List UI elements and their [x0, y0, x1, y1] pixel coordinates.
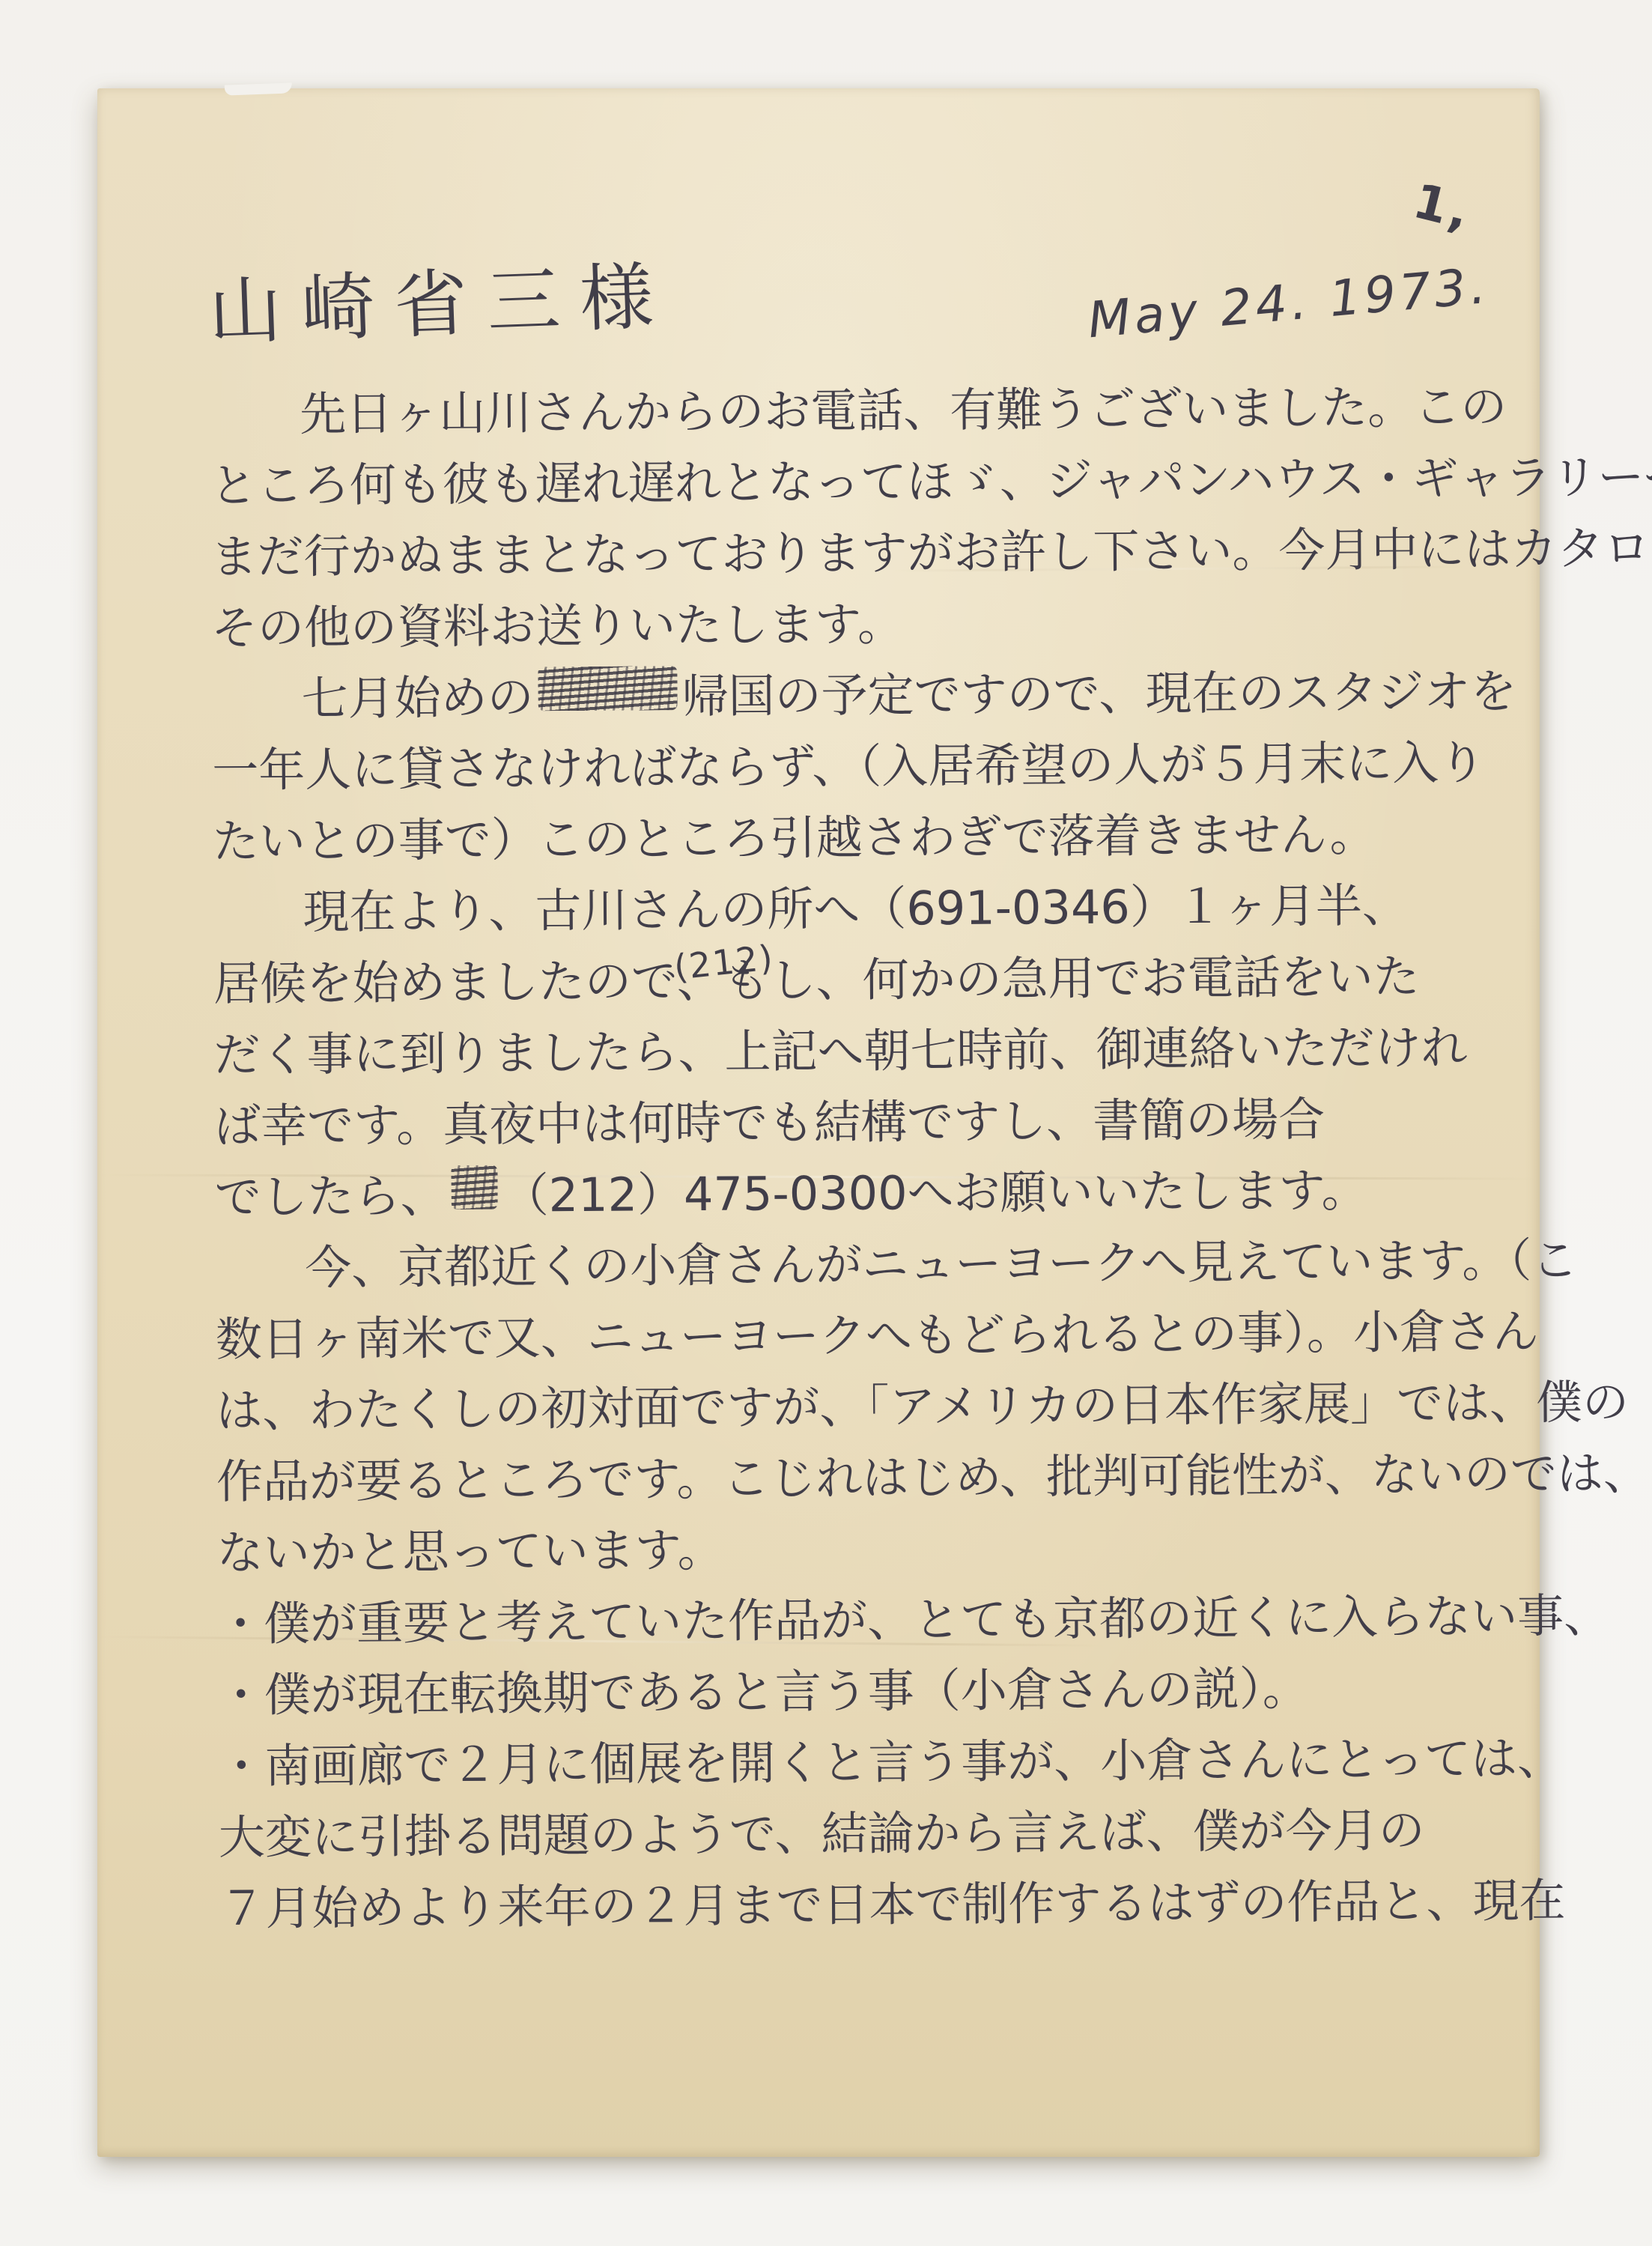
recipient-name: 山崎省三様 — [207, 237, 675, 359]
letter-line: だく事に到りましたら、上記へ朝七時前、御連絡いただけれ — [213, 1011, 1532, 1090]
letter-line: ・僕が重要と考えていた作品が、とても京都の近くに入らない事、 — [217, 1580, 1536, 1660]
handwritten-text-segment: 今、京都近くの小倉さんがニューヨークへ見えています。（こ — [305, 1233, 1578, 1295]
handwritten-text-segment: ば幸です。真夜中は何時でも結構ですし、書簡の場合 — [214, 1092, 1325, 1153]
letter-line: ないかと思っています。 — [216, 1509, 1535, 1588]
letter-line: まだ行かぬままとなっておりますがお許し下さい。今月中にはカタログ — [210, 513, 1529, 592]
handwritten-text-segment: ・僕が現在転換期であると言う事（小倉さんの説）。 — [218, 1661, 1309, 1723]
letter-body: 先日ヶ山川さんからのお電話、有難うございました。このところ何も彼も遅れ遅れとなっ… — [210, 371, 1537, 1944]
scribbled-out-text — [451, 1165, 497, 1209]
letter-line: でしたら、 （212）475-0300へお願いいたします。 — [214, 1153, 1533, 1233]
handwritten-text-segment: 一年人に貸さなければならず、（入居希望の人が５月末に入り — [212, 735, 1485, 798]
handwritten-text-segment: でしたら、 — [214, 1168, 446, 1224]
letter-line: 先日ヶ山川さんからのお電話、有難うございました。この — [210, 371, 1528, 450]
letter-line: 数日ヶ南米で又、ニューヨークへもどられるとの事）。小倉さん — [216, 1296, 1534, 1375]
letter-line: 今、京都近くの小倉さんがニューヨークへ見えています。（こ — [215, 1224, 1534, 1304]
handwritten-text-segment: 現在より、古川さんの所へ（691-0346）１ヶ月半、 — [303, 878, 1409, 939]
letter-line: 七月始めの 帰国の予定ですので、現在のスタジオを — [211, 655, 1530, 735]
handwritten-text-segment: 七月始めの — [301, 670, 533, 726]
handwritten-text-segment: ・南画廊で２月に個展を開くと言う事が、小倉さんにとっては、 — [218, 1731, 1564, 1794]
letter-line: その他の資料お送りいたします。 — [211, 584, 1530, 664]
scribbled-out-text — [538, 667, 677, 711]
letter-line: 現在より、古川さんの所へ（691-0346）１ヶ月半、 — [213, 869, 1531, 948]
letter-line: 居候を始めましたので、もし、何かの急用でお電話をいた — [213, 940, 1532, 1019]
letter-line: 一年人に貸さなければならず、（入居希望の人が５月末に入り — [212, 726, 1531, 806]
letter-paper: 1, 山崎省三様 May 24. 1973. 先日ヶ山川さんからのお電話、有難う… — [97, 88, 1540, 2157]
page-number: 1, — [1408, 174, 1477, 241]
handwritten-text-segment: ・僕が重要と考えていた作品が、とても京都の近くに入らない事、 — [217, 1588, 1610, 1651]
handwritten-text-segment: 居候を始めましたので、もし、何かの急用でお電話をいた — [213, 949, 1420, 1011]
letter-line: ・南画廊で２月に個展を開くと言う事が、小倉さんにとっては、 — [218, 1723, 1537, 1802]
letter-line: ところ何も彼も遅れ遅れとなってほゞ、ジャパンハウス・ギャラリーへも — [210, 442, 1529, 521]
handwritten-text-segment: 数日ヶ南米で又、ニューヨークへもどられるとの事）。小倉さん — [216, 1304, 1539, 1367]
handwritten-text-segment: （212）475-0300へお願いいたします。 — [502, 1163, 1367, 1223]
letter-line: は、わたくしの初対面ですが、「アメリカの日本作家展」では、僕の — [216, 1367, 1534, 1446]
handwritten-text-segment: 大変に引掛る問題のようで、結論から言えば、僕が今月の — [219, 1803, 1425, 1865]
handwritten-text-segment: ところ何も彼も遅れ遅れとなってほゞ、ジャパンハウス・ギャラリーへも — [210, 449, 1652, 513]
letter-line: ば幸です。真夜中は何時でも結構ですし、書簡の場合 — [214, 1082, 1533, 1162]
letter-line: 作品が要るところです。こじれはじめ、批判可能性が、ないのでは、 — [216, 1438, 1535, 1517]
scanned-letter-page: 1, 山崎省三様 May 24. 1973. 先日ヶ山川さんからのお電話、有難う… — [0, 0, 1652, 2246]
handwritten-text-segment: その他の資料お送りいたします。 — [211, 596, 904, 655]
letter-line: 大変に引掛る問題のようで、結論から言えば、僕が今月の — [219, 1794, 1537, 1873]
handwritten-text-segment: は、わたくしの初対面ですが、「アメリカの日本作家展」では、僕の — [216, 1374, 1629, 1438]
handwritten-text-segment: 先日ヶ山川さんからのお電話、有難うございました。この — [300, 379, 1507, 441]
handwritten-text-segment: ないかと思っています。 — [216, 1523, 723, 1580]
letter-line: ７月始めより来年の２月まで日本で制作するはずの作品と、現在 — [219, 1865, 1537, 1944]
letter-line: ・僕が現在転換期であると言う事（小倉さんの説）。 — [217, 1651, 1536, 1731]
letter-line: たいとの事で）このところ引越さわぎで落着きません。 — [212, 798, 1531, 877]
handwritten-text-segment: たいとの事で）このところ引越さわぎで落着きません。 — [213, 807, 1376, 868]
handwritten-text-segment: まだ行かぬままとなっておりますがお許し下さい。今月中にはカタログ — [210, 520, 1652, 584]
handwritten-text-segment: 作品が要るところです。こじれはじめ、批判可能性が、ないのでは、 — [216, 1445, 1650, 1509]
handwritten-text-segment: 帰国の予定ですので、現在のスタジオを — [681, 664, 1516, 723]
letter-date: May 24. 1973. — [1086, 257, 1492, 350]
handwritten-text-segment: だく事に到りましたら、上記へ朝七時前、御連絡いただけれ — [213, 1020, 1467, 1082]
handwritten-text-segment: ７月始めより来年の２月まで日本で制作するはずの作品と、現在 — [219, 1873, 1565, 1936]
paper-tear — [225, 82, 292, 95]
